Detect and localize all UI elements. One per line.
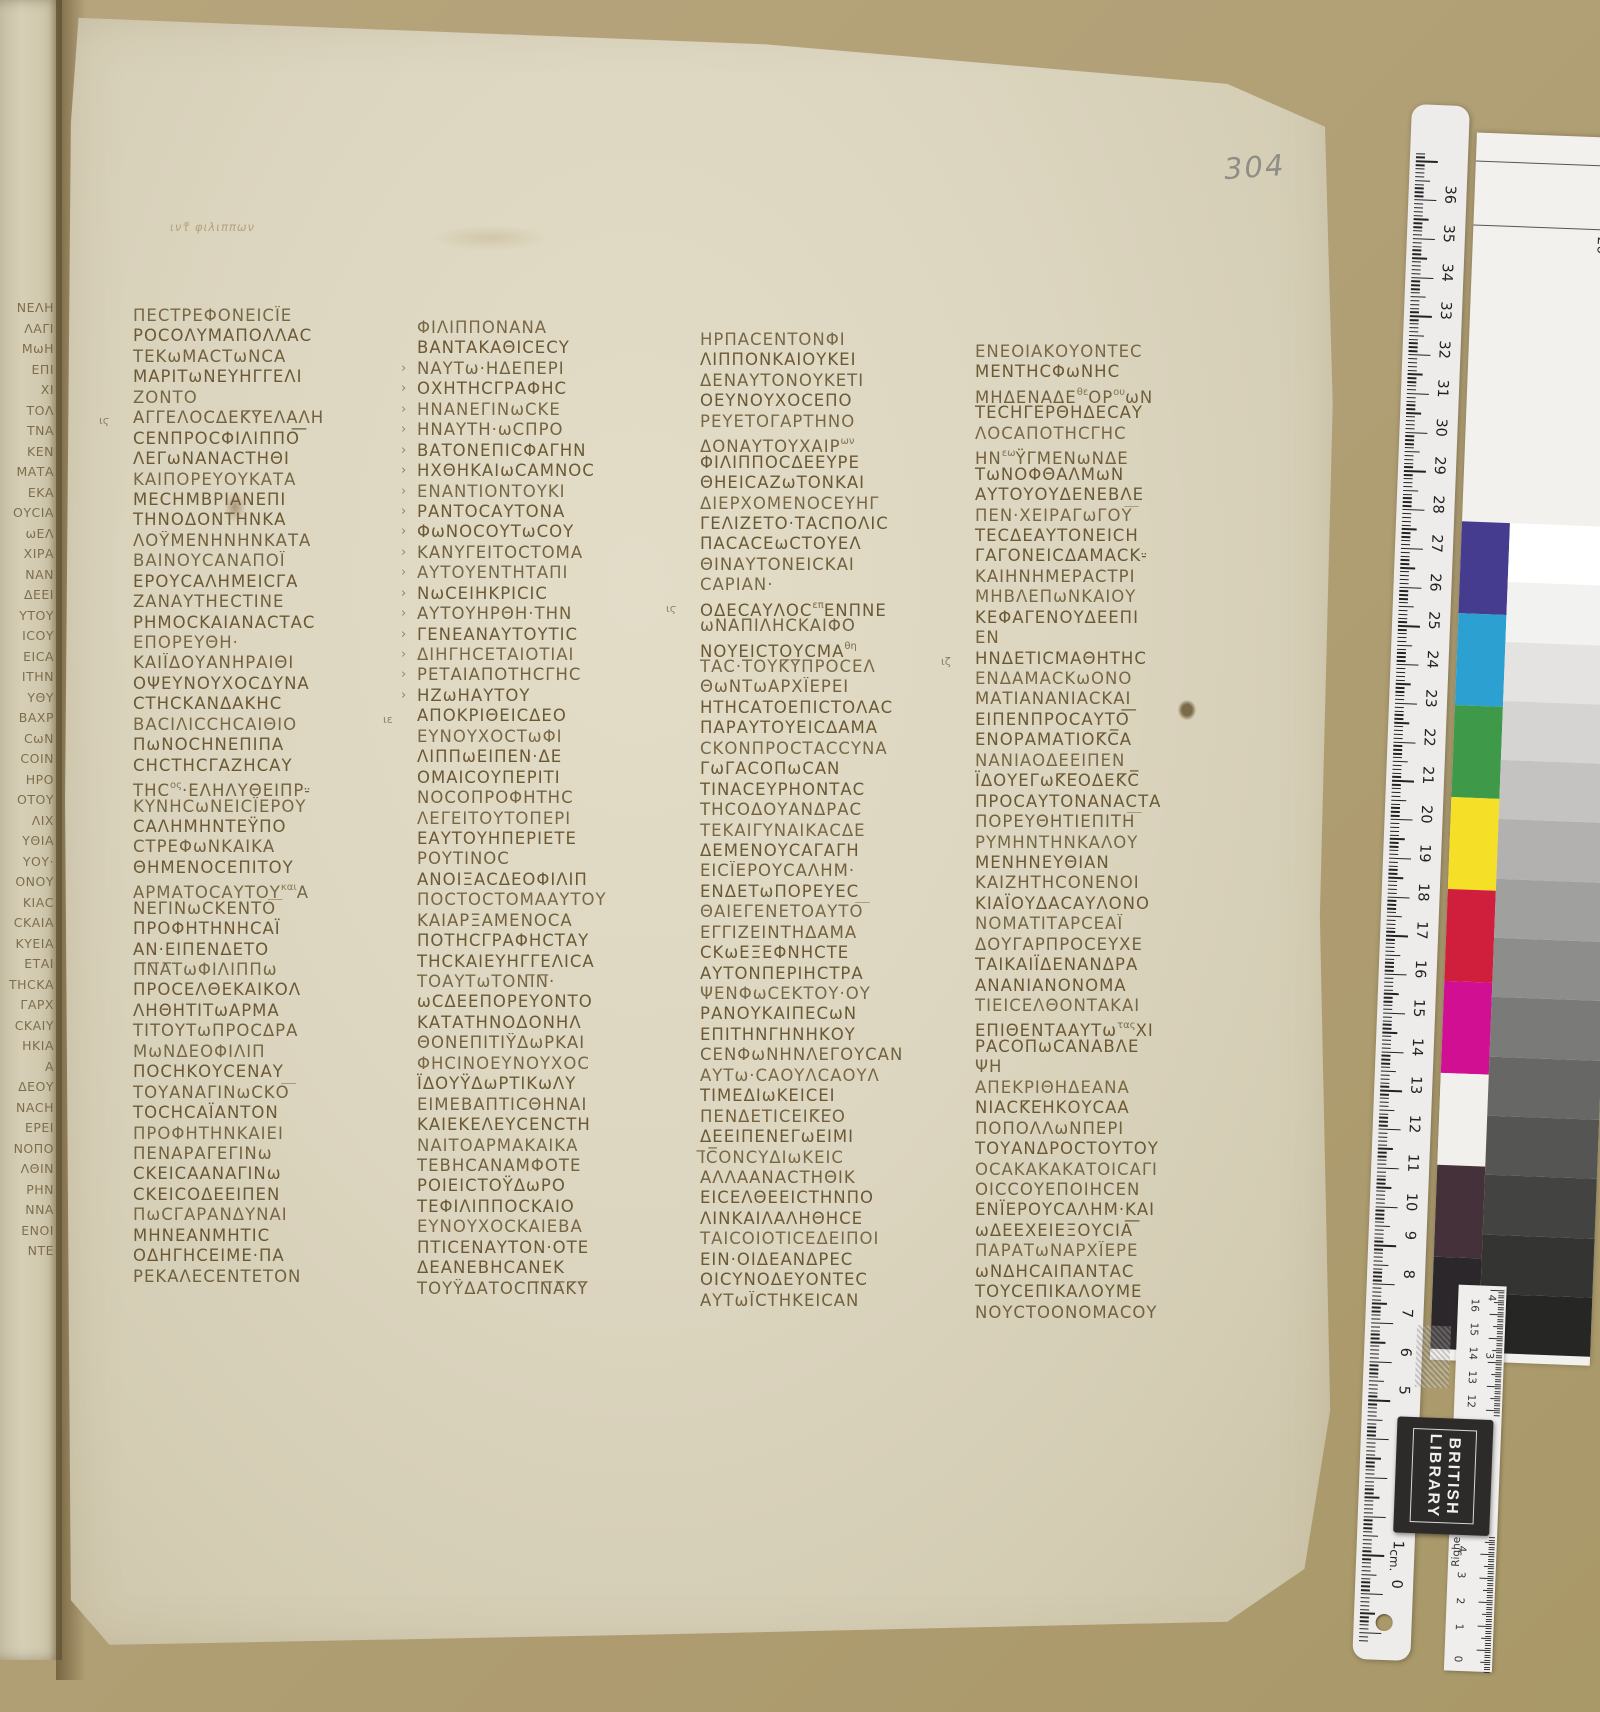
manuscript-line: ΝΙΑCΚ̅Ε̅ΗΚΟΥCΑΑ: [975, 1098, 1255, 1118]
manuscript-line: ›ΚΑΝΥΓΕΙΤΟCΤΟΜΑ: [417, 543, 697, 563]
edge-fragment: ΙCΟΥ: [0, 626, 54, 647]
manuscript-line: ΕΙΠΕΝΠΡΟCΑΥΤΟ͞: [975, 710, 1255, 730]
manuscript-line: ΠωCΓΑΡΑΝΔΥΝΑΙ: [133, 1205, 413, 1225]
manuscript-line: ΕΠΙΤΗΝΓΗΝΗΚΟΥ: [700, 1025, 980, 1045]
manuscript-line: ΡΑΝΟΥΚΑΙΠΕCωΝ: [700, 1004, 980, 1024]
diple-quote-mark: ›: [401, 461, 407, 481]
diple-quote-mark: ›: [401, 482, 407, 502]
manuscript-line: ΕΝ: [975, 628, 1255, 648]
text-column-4: ΕΝΕΟΙΑΚΟΥΟΝΤΕCΜΕΝΤΗCΦωΝΗCΜΗΔΕΝΑΔΕθεΟΡουω…: [975, 342, 1255, 1323]
manuscript-line: ΡΥΜΗΝΤΗΝΚΑΛΟΥ: [975, 833, 1255, 853]
manuscript-line: ΜΑΡΙΤωΝΕΥΗΓΓΕΛΙ: [133, 367, 413, 387]
diple-quote-mark: ›: [401, 522, 407, 542]
edge-fragment: ΝΕΛΗ: [0, 298, 54, 319]
ruler-number: 34: [1438, 263, 1455, 294]
manuscript-line: ΕΓΓΙΖΕΙΝΤΗΔΑΜΑ: [700, 923, 980, 943]
manuscript-line: CΚΕΙCΑΑΝΑΓΙΝω: [133, 1164, 413, 1184]
edge-fragment: ΛΙΧ: [0, 811, 54, 832]
manuscript-line: CΚΟΝΠΡΟCΤΑCCΥΝΑ: [700, 739, 980, 759]
edge-fragment: CΚΑΙΑ: [0, 913, 54, 934]
ruler-number: 10: [1402, 1192, 1419, 1223]
manuscript-line: ΒΑΝΤΑΚΑΘΙCΕCΥ: [417, 338, 697, 358]
manuscript-line: ΦΙΛΙΠΠΟΝΑΝΑ: [417, 318, 697, 338]
mini-ruler-edge-number: 4: [1485, 1294, 1497, 1301]
gray-patch: [1492, 938, 1600, 1002]
manuscript-line: ωΔΕΕΧΕΙΕΞΟΥCΙΑ͞: [975, 1221, 1255, 1241]
manuscript-line: ΨΗ: [975, 1057, 1255, 1077]
manuscript-line: ΘΗΕΙCΑΖωΤΟΝΚΑΙ: [700, 473, 980, 493]
ruler-number: 23: [1421, 689, 1438, 720]
manuscript-line: ΠΟCΤΟCΤΟΜΑΑΥΤΟΥ: [417, 890, 697, 910]
manuscript-line: ΑΥΤωΪCΤΗΚΕΙCΑΝ: [700, 1291, 980, 1311]
manuscript-line: ΤΟCΗCΑΪΑΝΤΟΝ: [133, 1103, 413, 1123]
ruler-number: 12: [1405, 1115, 1422, 1146]
manuscript-line: ΤΕΚωΜΑCΤωΝCΑ: [133, 347, 413, 367]
edge-fragment: ΝΑΝ: [0, 565, 54, 586]
manuscript-line: ΠΡΟCΑΥΤΟΝΑΝΑCΤΑ: [975, 792, 1255, 812]
diple-quote-mark: ›: [401, 502, 407, 522]
manuscript-line: ΤΙΤΟΥΤωΠΡΟCΔΡΑ: [133, 1021, 413, 1041]
ruler-number: 7: [1398, 1308, 1415, 1339]
ruler-ticks: [1412, 104, 1470, 106]
manuscript-line: ΔΕΜΕΝΟΥCΑΓΑΓΗ: [700, 841, 980, 861]
manuscript-line: ΟΙCΥΝΟΔΕΥΟΝΤΕC: [700, 1270, 980, 1290]
color-patch: [1441, 981, 1492, 1075]
diple-quote-mark: ›: [401, 420, 407, 440]
manuscript-line: ΜΕCΗΜΒΡΙΑΝΕΠΙ: [133, 490, 413, 510]
ruler-number: 18: [1414, 882, 1431, 913]
manuscript-line: CΗCΤΗCΓΑΖΗCΑΥ: [133, 756, 413, 776]
manuscript-line: ›ΗΧΘΗΚΑΙωCΑΜΝΟC: [417, 461, 697, 481]
manuscript-line: ›ΗΝΑΝΕΓΙΝωCΚΕ: [417, 400, 697, 420]
diple-quote-mark: ›: [401, 359, 407, 379]
manuscript-line: ΝΕΓΙΝωCΚΕΝΤΟ͞: [133, 899, 413, 919]
edge-fragment: ΧΙΡΑ: [0, 544, 54, 565]
edge-fragment: ΗΡΟ: [0, 770, 54, 791]
diple-quote-mark: ›: [401, 441, 407, 461]
color-patch: [1458, 521, 1509, 615]
manuscript-line: ΠΡΟΦΗΤΗΝΗCΑΪ: [133, 919, 413, 939]
section-numeral: ιϛ: [666, 599, 676, 619]
manuscript-line: ΤΙΜΕΔΙωΚΕΙCΕΙ: [700, 1086, 980, 1106]
diple-quote-mark: ›: [401, 686, 407, 706]
manuscript-line: ΤΕCΔΕΑΥΤΟΝΕΙCΗ: [975, 526, 1255, 546]
color-patch: [1455, 613, 1506, 707]
diple-quote-mark: ›: [401, 625, 407, 645]
edge-fragment: ΛΑΓΙ: [0, 319, 54, 340]
manuscript-line: ›ΗΝΑΥΤΗ·ωCΠΡΟ: [417, 420, 697, 440]
manuscript-line: ΚΑΙΠΟΡΕΥΟΥΚΑΤΑ: [133, 470, 413, 490]
edge-fragment: ΟΝΟΥ: [0, 872, 54, 893]
edge-fragment: ΚΕΝ: [0, 442, 54, 463]
interlinear-correction: θη: [844, 641, 856, 652]
manuscript-line: ωCΔΕΕΠΟΡΕΥΟΝΤΟ: [417, 992, 697, 1012]
edge-fragment: ΕΚΑ: [0, 483, 54, 504]
edge-fragment: ΜΑΤΑ: [0, 462, 54, 483]
manuscript-line: ΘΙΝΑΥΤΟΝΕΙCΚΑΙ: [700, 555, 980, 575]
manuscript-line: ΦΙΛΙΠΠΟCΔΕΕΥΡΕ: [700, 453, 980, 473]
manuscript-line: ΤΑΙCΟΙΟΤΙCΕΔΕΙΠΟΙ: [700, 1229, 980, 1249]
manuscript-line: ΤΑΙΚΑΙΪΔΕΝΑΝΔΡΑ: [975, 955, 1255, 975]
manuscript-line: ΔΕΕΙΠΕΝΕΓωΕΙΜΙ: [700, 1127, 980, 1147]
edge-fragment: ΥΤΟΥ: [0, 606, 54, 627]
ruler-number: 28: [1429, 495, 1446, 526]
manuscript-line: ΤΙΕΙCΕΛΘΟΝΤΑΚΑΙ: [975, 996, 1255, 1016]
manuscript-line: ΠΑΡΑΤωΝΑΡΧΪΕΡΕ: [975, 1241, 1255, 1261]
ruler-number: 22: [1420, 727, 1437, 758]
manuscript-line: ›ΝωCΕΙΗΚΡΙCΙC: [417, 584, 697, 604]
edge-fragment: ΕΤΑΙ: [0, 954, 54, 975]
manuscript-line: ΕΝΔΑΜΑCΚωΟΝΟ: [975, 669, 1255, 689]
edge-fragment: ΔΕΟΥ: [0, 1077, 54, 1098]
manuscript-line: ΓΕΛΙΖΕΤΟ·ΤΑCΠΟΛΙC: [700, 514, 980, 534]
interlinear-correction: επ: [812, 600, 823, 611]
gray-patch: [1508, 523, 1600, 587]
ruler-number: 30: [1432, 418, 1449, 449]
edge-fragment: ΥΟΥ·: [0, 852, 54, 873]
color-patch: [1448, 797, 1499, 891]
manuscript-line: ΘΑΙΕΓΕΝΕΤΟΑΥΤΟ͞: [700, 902, 980, 922]
gray-patch: [1485, 1116, 1599, 1180]
manuscript-line: ΠΡΟCΕΛΘΕΚΑΙΚΟΛ: [133, 980, 413, 1000]
manuscript-line: ΤΙΝΑCΕΥΡΗΟΝΤΑC: [700, 780, 980, 800]
manuscript-line: ΤΗCος·ΕΛΗΛΥΘΕΙΠΡ⸚: [133, 776, 413, 796]
manuscript-line: ΤΟΥΑΝΑΓΙΝωCΚΟ͞: [133, 1083, 413, 1103]
manuscript-line: ΟΙCCΟΥΕΠΟΙΗCΕΝ: [975, 1180, 1255, 1200]
manuscript-line: ›ΕΝΑΝΤΙΟΝΤΟΥΚΙ: [417, 482, 697, 502]
manuscript-line: ΘΗΜΕΝΟCΕΠΙΤΟΥ: [133, 858, 413, 878]
ruler-number: 25: [1424, 611, 1441, 642]
british-library-tab: BRITISH LIBRARY: [1393, 1416, 1493, 1536]
ruler-number: 15: [1410, 998, 1427, 1029]
manuscript-line: ΕΙCΪΕΡΟΥCΑΛΗΜ·: [700, 861, 980, 881]
manuscript-line: ΗΤΗCΑΤΟΕΠΙCΤΟΛΑC: [700, 698, 980, 718]
manuscript-line: ΜΕΝΤΗCΦωΝΗC: [975, 362, 1255, 382]
manuscript-line: ΤΗΝΟΔΟΝΤΗΝΚΑ: [133, 510, 413, 530]
manuscript-line: ΗΡΠΑCΕΝΤΟΝΦΙ: [700, 330, 980, 350]
manuscript-line: ΟCΑΚΑΚΑΚΑΤΟΙCΑΓΙ: [975, 1160, 1255, 1180]
edge-fragment: ΥΘΥ: [0, 688, 54, 709]
edge-fragment: ΚΙΑC: [0, 893, 54, 914]
ruler-number: 29: [1430, 456, 1447, 487]
manuscript-line: ΑΡΜΑΤΟCΑΥΤΟΥκαιΑ: [133, 878, 413, 898]
section-numeral: ιϛ: [99, 411, 109, 431]
manuscript-line: ΑΥΤω·CΑΟΥΛCΑΟΥΛ: [700, 1066, 980, 1086]
british-library-label: BRITISH LIBRARY: [1410, 1428, 1478, 1524]
color-patch: [1444, 889, 1495, 983]
manuscript-line: ΟΕΥΝΟΥΧΟCΕΠΟ: [700, 391, 980, 411]
manuscript-line: ΤΟΥΑΝΔΡΟCΤΟΥΤΟΥ: [975, 1139, 1255, 1159]
manuscript-line: ›ΓΕΝΕΑΝΑΥΤΟΥΤΙC: [417, 625, 697, 645]
edge-fragment: ΥΘΙΑ: [0, 831, 54, 852]
ruler-number: 0: [1387, 1579, 1404, 1610]
manuscript-line: ΟΨΕΥΝΟΥΧΟCΔΥΝΑ: [133, 674, 413, 694]
color-patch: [1434, 1165, 1485, 1259]
manuscript-line: ΤΟΑΥΤωΤΟΝΙ̅Ν̅·: [417, 972, 697, 992]
mini-ruler-number: 16: [1468, 1298, 1481, 1312]
manuscript-line: ΚΥΝΗCωΝΕΙCΪΕΡΟΥ: [133, 797, 413, 817]
page-number-pencil: 304: [1223, 148, 1287, 186]
manuscript-line: ΡΟCΟΛΥΜΑΠΟΛΛΑC: [133, 326, 413, 346]
manuscript-line: ΟΔΗΓΗCΕΙΜΕ·ΠΑ: [133, 1246, 413, 1266]
manuscript-line: ΗΝεωΫΓΜΕΝωΝΔΕ: [975, 444, 1255, 464]
manuscript-line: ΓΑΓΟΝΕΙCΔΑΜΑCΚ⸚: [975, 546, 1255, 566]
edge-fragment: ΧΙ: [0, 380, 54, 401]
manuscript-line: ΔΕΝΑΥΤΟΝΟΥΚΕΤΙ: [700, 371, 980, 391]
ruler-unit-label: cm.: [1387, 1549, 1402, 1572]
manuscript-line: ΤΗCΟΔΟΥΑΝΔΡΑC: [700, 800, 980, 820]
manuscript-line: ωΝΑΠΙΛΗCΚΑΙΦΟ: [700, 616, 980, 636]
mini-ruler-number: 15: [1467, 1322, 1480, 1336]
mini-ruler-number: 12: [1465, 1394, 1478, 1408]
manuscript-line: ΠΕCΤΡΕΦΟΝΕΙCΪΕ: [133, 306, 413, 326]
ruler-number: 36: [1441, 185, 1458, 216]
ruler-number: 6: [1396, 1347, 1413, 1378]
ruler-number: 14: [1408, 1037, 1425, 1068]
manuscript-line: ΡΟΙΕΙCΤΟΫΔωΡΟ: [417, 1176, 697, 1196]
manuscript-line: ›ΡΑΝΤΟCΑΥΤΟΝΑ: [417, 502, 697, 522]
manuscript-line: ΤΟΥCΕΠΙΚΑΛΟΥΜΕ: [975, 1282, 1255, 1302]
mini-ruler-number: 3: [1455, 1571, 1467, 1578]
manuscript-line: ΑΓΓΕΛΟCΔΕΚ̅Υ̅ΕΛΑΛΗ: [133, 408, 413, 428]
manuscript-line: ΛΙΝΚΑΙΛΑΛΗΘΗCΕ: [700, 1209, 980, 1229]
diple-quote-mark: ›: [401, 563, 407, 583]
text-column-2: ΦΙΛΙΠΠΟΝΑΝΑΒΑΝΤΑΚΑΘΙCΕCΥ›ΝΑΥΤω·ΗΔΕΠΕΡΙ›Ο…: [417, 318, 697, 1299]
manuscript-line: ΘΟΝΕΠΙΤΙΫΔωΡΚΑΙ: [417, 1033, 697, 1053]
color-patch: [1437, 1073, 1488, 1167]
manuscript-line: ΔΟΝΑΥΤΟΥΧΑΙΡων: [700, 432, 980, 452]
manuscript-line: CΚΕΙCΟΔΕΕΙΠΕΝ: [133, 1185, 413, 1205]
ruler-number: 13: [1407, 1076, 1424, 1107]
manuscript-line: ΕΥΝΟΥΧΟCΚΑΙΕΒΑ: [417, 1217, 697, 1237]
edge-fragment: ΤΝΑ: [0, 421, 54, 442]
manuscript-line: ›ΔΙΗΓΗCΕΤΑΙΟΤΙΑΙ: [417, 645, 697, 665]
manuscript-line: ΒΑΙΝΟΥCΑΝΑΠΟΪ: [133, 551, 413, 571]
manuscript-line: ΑΥΤΟΝΠΕΡΙΗCΤΡΑ: [700, 964, 980, 984]
manuscript-line: ΜΗΝΕΑΝΜΗΤΙC: [133, 1226, 413, 1246]
manuscript-line: ΤΕΦΙΛΙΠΠΟCΚΑΙΟ: [417, 1197, 697, 1217]
color-patch: [1451, 705, 1502, 799]
manuscript-line: ΛΙΠΠωΕΙΠΕΝ·ΔΕ: [417, 747, 697, 767]
ruler-number: 31: [1433, 379, 1450, 410]
text-column-3: ΗΡΠΑCΕΝΤΟΝΦΙΛΙΠΠΟΝΚΑΙΟΥΚΕΙΔΕΝΑΥΤΟΝΟΥΚΕΤΙ…: [700, 330, 980, 1311]
interlinear-correction: ου: [1113, 387, 1125, 398]
manuscript-line: ΤΗCΚΑΙΕΥΗΓΓΕΛΙCΑ: [417, 952, 697, 972]
manuscript-line: ΠΟΤΗCΓΡΑΦΗCΤΑΥ: [417, 931, 697, 951]
manuscript-line: ›ΦωΝΟCΟΥΤωCΟΥ: [417, 522, 697, 542]
manuscript-line: ΠωΝΟCΗΝΕΠΙΠΑ: [133, 735, 413, 755]
manuscript-line: ΜΑΤΙΑΝΑΝΙΑCΚΑΙ: [975, 689, 1255, 709]
manuscript-line: ΝΑΙΤΟΑΡΜΑΚΑΙΚΑ: [417, 1136, 697, 1156]
manuscript-line: CΤΡΕΦωΝΚΑΙΚΑ: [133, 837, 413, 857]
edge-fragment: ΓΑΡΧ: [0, 995, 54, 1016]
manuscript-line: ›ΗΖωΗΑΥΤΟΥ: [417, 686, 697, 706]
manuscript-line: ΗΝΔΕΤΙCΜΑΘΗΤΗC: [975, 649, 1255, 669]
bl-line2: LIBRARY: [1423, 1433, 1445, 1518]
manuscript-line: ΜωΝΔΕΟΦΙΛΙΠ: [133, 1042, 413, 1062]
manuscript-line: Ι̅C̅ΟΝCΥΔΙωΚΕΙC: [700, 1148, 980, 1168]
manuscript-line: ΝΑΝΙΑΟΔΕΕΙΠΕΝ: [975, 751, 1255, 771]
ruler-number: 8: [1399, 1269, 1416, 1300]
interlinear-correction: θε: [1077, 387, 1089, 398]
manuscript-line: ΦΗCΙΝΟΕΥΝΟΥΧΟC: [417, 1054, 697, 1074]
manuscript-line: ΠΕΝ·ΧΕΙΡΑΓωΓΟΥ͞: [975, 506, 1255, 526]
bl-line1: BRITISH: [1442, 1437, 1464, 1516]
interlinear-correction: τας: [1117, 1020, 1135, 1031]
manuscript-line: ΖΟΝΤΟ: [133, 388, 413, 408]
edge-fragment: CΚΑΙΥ: [0, 1016, 54, 1037]
diple-quote-mark: ›: [401, 584, 407, 604]
mini-ruler-edge-number: 3: [1483, 1352, 1495, 1359]
edge-fragment: ΕΝΟΙ: [0, 1221, 54, 1242]
manuscript-line: ›ΟΧΗΤΗCΓΡΑΦΗC: [417, 379, 697, 399]
gray-patch: [1494, 879, 1600, 943]
gray-patch: [1483, 1175, 1597, 1239]
section-numeral: ιζ: [941, 652, 951, 672]
manuscript-line: ΡΕΥΕΤΟΓΑΡΤΗΝΟ: [700, 412, 980, 432]
ruler-number: 21: [1418, 766, 1435, 797]
manuscript-line: ΡΕΚΑΛΕCΕΝΤΕΤΟΝ: [133, 1267, 413, 1287]
manuscript-line: ΓωΓΑCΟΠωCΑΝ: [700, 759, 980, 779]
edge-fragment: ΕΙCΑ: [0, 647, 54, 668]
manuscript-line: ΕΝΔΕΤωΠΟΡΕΥΕC: [700, 882, 980, 902]
manuscript-line: ΑΝ·ΕΙΠΕΝΔΕΤΟ: [133, 940, 413, 960]
manuscript-line: ΡΟΥΤΙΝΟC: [417, 849, 697, 869]
edge-fragment: ΒΑΧΡ: [0, 708, 54, 729]
gray-patch: [1489, 997, 1600, 1061]
mini-ruler-number: 13: [1466, 1370, 1479, 1384]
manuscript-line: ΘωΝΤωΑΡΧΪΕΡΕΙ: [700, 677, 980, 697]
interlinear-correction: και: [281, 882, 297, 893]
manuscript-line: ΕΑΥΤΟΥΗΠΕΡΙΕΤΕ: [417, 829, 697, 849]
ruler-number: 26: [1426, 572, 1443, 603]
manuscript-line: ΕΝΟΡΑΜΑΤΙΟΚ̅C̅Α: [975, 730, 1255, 750]
mini-ruler-number: 2: [1454, 1597, 1466, 1604]
ruler-number: 5: [1395, 1386, 1412, 1417]
manuscript-line: ΡΗΜΟCΚΑΙΑΝΑCΤΑC: [133, 613, 413, 633]
manuscript-line: ΒΑCΙΛΙCCΗCΑΙΘΙΟ: [133, 715, 413, 735]
manuscript-line: ΛΟCΑΠΟΤΗCΓΗC: [975, 424, 1255, 444]
edge-fragment: CωΝ: [0, 729, 54, 750]
manuscript-line: ΠΑΡΑΥΤΟΥΕΙCΔΑΜΑ: [700, 718, 980, 738]
ruler-hole: [1375, 1614, 1393, 1632]
mini-ruler-number: 1: [1453, 1623, 1465, 1630]
manuscript-line: ΚΑΤΑΤΗΝΟΔΟΝΗΛ: [417, 1013, 697, 1033]
gray-patch: [1496, 819, 1600, 883]
text-column-1: ΠΕCΤΡΕΦΟΝΕΙCΪΕΡΟCΟΛΥΜΑΠΟΛΛΑCΤΕΚωΜΑCΤωΝCΑ…: [133, 306, 413, 1287]
manuscript-line: ΕΠΙΘΕΝΤΑΑΥΤωταςΧΙ: [975, 1016, 1255, 1036]
manuscript-line: ΕΙCΕΛΘΕΕΙCΤΗΝΠΟ: [700, 1188, 980, 1208]
gray-patch: [1501, 701, 1600, 765]
manuscript-line: ›ΡΕΤΑΙΑΠΟΤΗCΓΗC: [417, 665, 697, 685]
manuscript-line: ΚΑΙΕΚΕΛΕΥCΕΝCΤΗ: [417, 1115, 697, 1135]
edge-fragment: ΡΗΝ: [0, 1180, 54, 1201]
ruler-number: 9: [1401, 1231, 1418, 1262]
manuscript-line: CΤΗCΚΑΝΔΑΚΗC: [133, 694, 413, 714]
ruler-number: 24: [1423, 650, 1440, 681]
interlinear-correction: ων: [841, 436, 855, 447]
manuscript-line: ΕΠΟΡΕΥΘΗ·: [133, 633, 413, 653]
manuscript-line: ΤΕCΗΓΕΡΘΗΔΕCΑΥ: [975, 403, 1255, 423]
manuscript-line: ΚΑΙΗΝΗΜΕΡΑCΤΡΙ: [975, 567, 1255, 587]
edge-fragment: CΟΙΝ: [0, 749, 54, 770]
edge-fragment: ΤΟΛ: [0, 401, 54, 422]
manuscript-line: ΠΑCΑCΕωCΤΟΥΕΛ: [700, 534, 980, 554]
manuscript-line: CΑΡΙΑΝ·: [700, 575, 980, 595]
edge-fragment: ΕΠΙ: [0, 360, 54, 381]
manuscript-line: ΝΟΥCΤΟΟΝΟΜΑCΟΥ: [975, 1303, 1255, 1323]
edge-fragment: ΚΥΕΙΑ: [0, 934, 54, 955]
edge-fragment: ΝΟΠΟ: [0, 1139, 54, 1160]
manuscript-line: ΤωΝΟΦΘΑΛΜωΝ: [975, 465, 1255, 485]
manuscript-line: ΚΑΙΪΔΟΥΑΝΗΡΑΙΘΙ: [133, 653, 413, 673]
card-smudge: [1415, 1325, 1451, 1388]
manuscript-line: ΔΙΕΡΧΟΜΕΝΟCΕΥΗΓ: [700, 494, 980, 514]
manuscript-line: ΛΙΠΠΟΝΚΑΙΟΥΚΕΙ: [700, 350, 980, 370]
manuscript-line: ΪΔΟΥΫΔωΡΤΙΚωΛΥ: [417, 1074, 697, 1094]
ruler-number: 19: [1415, 843, 1432, 874]
manuscript-line: ›ΝΑΥΤω·ΗΔΕΠΕΡΙ: [417, 359, 697, 379]
manuscript-line: ΚΕΦΑΓΕΝΟΥΔΕΕΠΙ: [975, 608, 1255, 628]
ruler-number: 16: [1411, 960, 1428, 991]
manuscript-line: CΕΝΠΡΟCΦΙΛΙΠΠΟ͞: [133, 429, 413, 449]
manuscript-line: ΕΙΜΕΒΑΠΤΙCΘΗΝΑΙ: [417, 1095, 697, 1115]
gray-patch: [1499, 760, 1600, 824]
diple-quote-mark: ›: [401, 400, 407, 420]
manuscript-line: ΕΥΝΟΥΧΟCΤωΦΙ: [417, 727, 697, 747]
manuscript-line: ›ΒΑΤΟΝΕΠΙCΦΑΓΗΝ: [417, 441, 697, 461]
edge-fragment: ΕΡΕΙ: [0, 1118, 54, 1139]
manuscript-line: ΜΗΔΕΝΑΔΕθεΟΡουωΝ: [975, 383, 1255, 403]
faded-marginal-note: ιντ᷉ φιλιππων: [170, 220, 255, 234]
manuscript-line: ΖΑΝΑΥΤΗΕCΤΙΝΕ: [133, 592, 413, 612]
manuscript-line: ΕΝΕΟΙΑΚΟΥΟΝΤΕC: [975, 342, 1255, 362]
manuscript-line: ΨΕΝΦωCΕΚΤΟΥ·ΟΥ: [700, 984, 980, 1004]
manuscript-line: ΠΟΠΟΛΛωΝΠΕΡΙ: [975, 1119, 1255, 1139]
manuscript-line: ΜΕΝΗΝΕΥΘΙΑΝ: [975, 853, 1255, 873]
edge-fragment: ΜωΗ: [0, 339, 54, 360]
measuring-kit: 20 80 3635343332313029282726252423222120…: [1351, 104, 1600, 1693]
diple-quote-mark: ›: [401, 645, 407, 665]
ruler-number: 20: [1417, 805, 1434, 836]
manuscript-line: ΠΡΟΦΗΤΗΝΚΑΙΕΙ: [133, 1124, 413, 1144]
manuscript-line: ΝΟΜΑΤΙΤΑΡCΕΑΪ: [975, 914, 1255, 934]
manuscript-line: CΕΝΦωΝΗΝΛΕΓΟΥCΑΝ: [700, 1045, 980, 1065]
manuscript-line: ΠΤΙCΕΝΑΥΤΟΝ·ΟΤΕ: [417, 1238, 697, 1258]
edge-fragment: ΙΤΗΝ: [0, 667, 54, 688]
manuscript-line: CΑΛΗΜΗΝΤΕΫΠΟ: [133, 817, 413, 837]
diple-quote-mark: ›: [401, 379, 407, 399]
ruler-number: 35: [1439, 224, 1456, 255]
manuscript-line: ΛΗΘΗΤΙΤωΑΡΜΑ: [133, 1001, 413, 1021]
edge-fragment: ΗΚΙΑ: [0, 1036, 54, 1057]
ruler-numbers: 3635343332313029282726252423222120191817…: [1412, 104, 1470, 106]
edge-fragment: Α: [0, 1057, 54, 1078]
manuscript-line: ΔΟΥΓΑΡΠΡΟCΕΥΧΕ: [975, 935, 1255, 955]
mini-ruler-number: 14: [1467, 1346, 1480, 1360]
manuscript-line: ΤΟΥΫΔΑΤΟCΠ̅Ν̅Α̅Κ̅Υ̅: [417, 1279, 697, 1299]
interlinear-correction: εω: [1002, 448, 1016, 459]
manuscript-photo: ΝΕΛΗΛΑΓΙΜωΗΕΠΙΧΙΤΟΛΤΝΑΚΕΝΜΑΤΑΕΚΑΟΥCΙΑωΕΛ…: [0, 0, 1600, 1712]
diple-quote-mark: ›: [401, 665, 407, 685]
interlinear-correction: ος: [170, 780, 182, 791]
edge-fragment: ΔΕΕΙ: [0, 585, 54, 606]
manuscript-line: ΑΠΕΚΡΙΘΗΔΕΑΝΑ: [975, 1078, 1255, 1098]
manuscript-line: ΑΥΤΟΥΟΥΔΕΝΕΒΛΕ: [975, 485, 1255, 505]
gray-patch: [1505, 582, 1600, 646]
edge-fragment: ΛΘΙΝ: [0, 1159, 54, 1180]
manuscript-line: Π̅Ν̅Α̅ΤωΦΙΛΙΠΠω: [133, 960, 413, 980]
